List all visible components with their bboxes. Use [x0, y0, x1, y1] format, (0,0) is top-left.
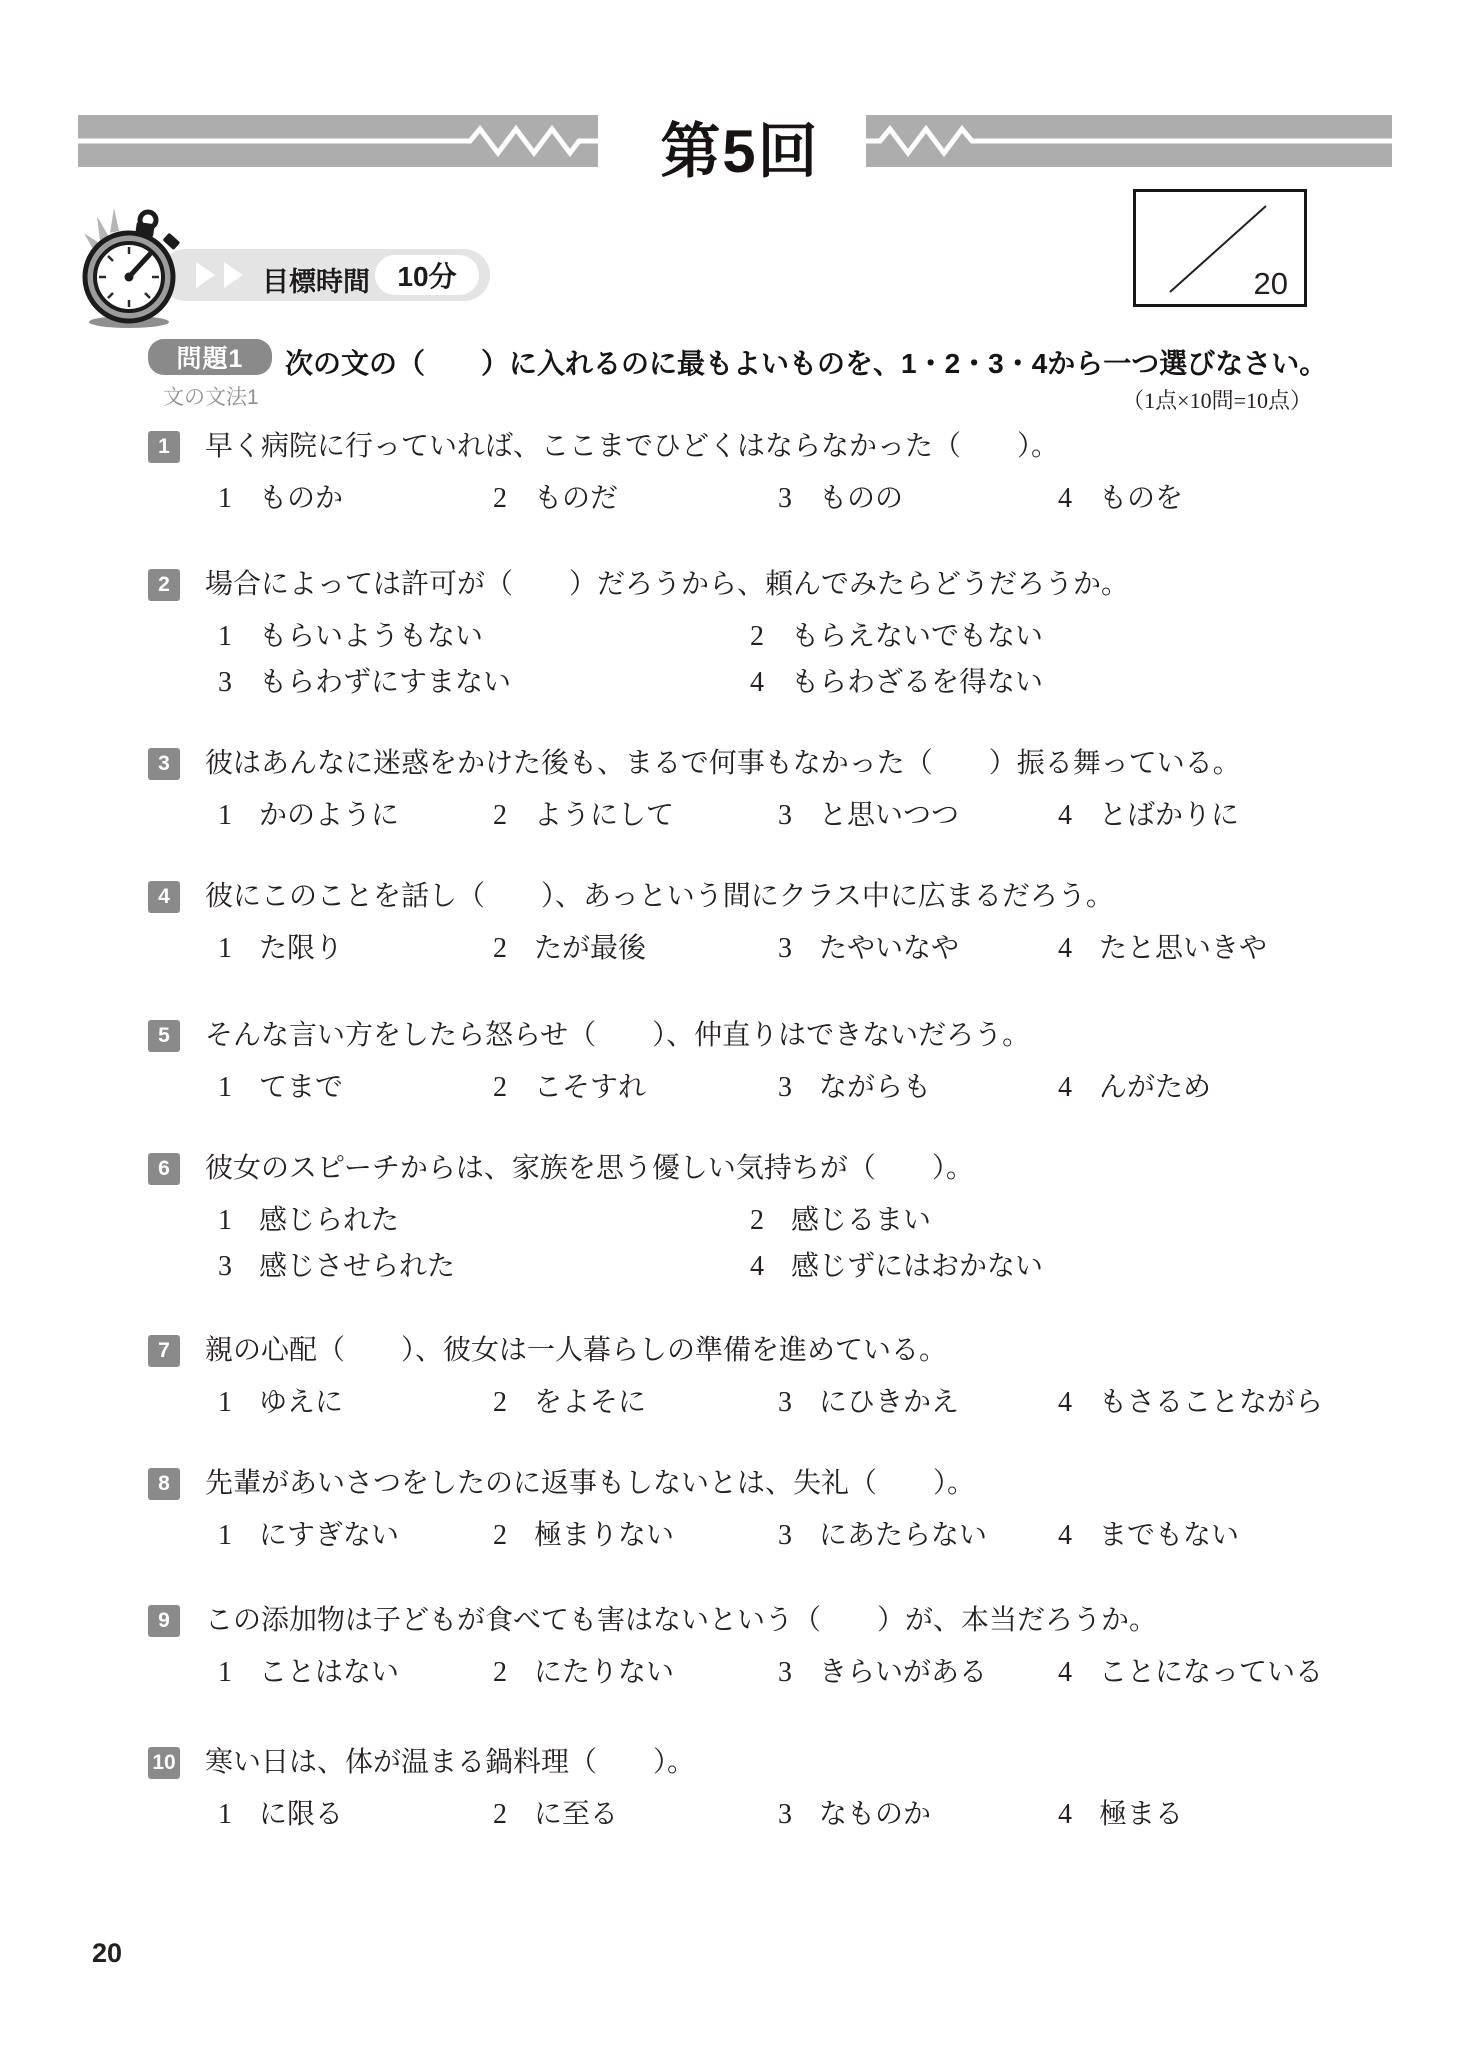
option-number: 1: [218, 1072, 232, 1104]
question-stem: 早く病院に行っていれば、ここまでひどくはならなかった（ ）。: [205, 430, 1059, 464]
option-number: 2: [493, 1520, 507, 1552]
option-2: 2極まりない: [493, 1513, 674, 1553]
option-text: てまで: [259, 1072, 343, 1103]
option-2: 2もらえないでもない: [750, 614, 1043, 654]
question-number-badge: 5: [148, 1020, 180, 1052]
option-text: ものか: [259, 483, 343, 514]
option-3: 3ものの: [778, 476, 903, 516]
question-number-badge: 1: [148, 431, 180, 463]
option-2: 2感じるまい: [750, 1198, 931, 1238]
option-text: 感じられた: [259, 1205, 399, 1236]
option-1: 1に限る: [218, 1792, 343, 1832]
option-text: ことはない: [259, 1657, 399, 1688]
option-number: 4: [1058, 1799, 1072, 1831]
option-4: 4ものを: [1058, 476, 1183, 516]
problem-badge: 問題1: [148, 339, 272, 375]
option-4: 4もさることながら: [1058, 1380, 1323, 1420]
option-4: 4感じずにはおかない: [750, 1244, 1043, 1284]
option-1: 1ものか: [218, 476, 343, 516]
option-number: 2: [493, 1387, 507, 1419]
option-text: たが最後: [534, 933, 646, 964]
option-text: 感じるまい: [791, 1205, 931, 1236]
option-text: こそすれ: [534, 1072, 646, 1103]
option-1: 1にすぎない: [218, 1513, 399, 1553]
question-stem: 彼女のスピーチからは、家族を思う優しい気持ちが（ ）。: [205, 1152, 974, 1186]
option-number: 4: [1058, 800, 1072, 832]
option-3: 3にあたらない: [778, 1513, 987, 1553]
option-text: に至る: [534, 1799, 618, 1830]
option-1: 1感じられた: [218, 1198, 399, 1238]
target-time-label: 目標時間: [262, 260, 370, 299]
question-block: 6 彼女のスピーチからは、家族を思う優しい気持ちが（ ）。 1感じられた2感じる…: [148, 1152, 1408, 1292]
score-max: 20: [1254, 266, 1288, 302]
option-text: にすぎない: [259, 1520, 399, 1551]
question-number-badge: 10: [148, 1747, 180, 1779]
option-text: 極まりない: [534, 1520, 674, 1551]
option-3: 3と思いつつ: [778, 793, 959, 833]
option-number: 3: [778, 1387, 792, 1419]
option-number: 1: [218, 933, 232, 965]
option-text: 感じさせられた: [259, 1251, 455, 1282]
option-1: 1た限り: [218, 926, 343, 966]
option-text: ものの: [819, 483, 903, 514]
option-number: 2: [493, 1799, 507, 1831]
option-text: に限る: [259, 1799, 343, 1830]
option-text: にあたらない: [819, 1520, 987, 1551]
header-rule-right: [866, 115, 1392, 167]
header-rule-left: [78, 115, 598, 167]
question-stem: 彼にこのことを話し（ ）、あっという間にクラス中に広まるだろう。: [205, 880, 1114, 914]
option-number: 2: [750, 621, 764, 653]
question-number-badge: 4: [148, 881, 180, 913]
option-number: 3: [778, 1072, 792, 1104]
option-2: 2こそすれ: [493, 1065, 646, 1105]
question-number-badge: 7: [148, 1335, 180, 1367]
option-number: 1: [218, 1520, 232, 1552]
score-box: 20: [1133, 189, 1307, 307]
question-number-badge: 8: [148, 1468, 180, 1500]
option-text: 感じずにはおかない: [791, 1251, 1043, 1282]
option-text: なものか: [819, 1799, 931, 1830]
option-text: たやいなや: [819, 933, 959, 964]
option-number: 4: [1058, 483, 1072, 515]
option-number: 3: [778, 1799, 792, 1831]
problem-category: 文の文法1: [163, 381, 259, 411]
option-2: 2をよそに: [493, 1380, 646, 1420]
page-number: 20: [92, 1938, 122, 1969]
option-number: 1: [218, 483, 232, 515]
option-number: 4: [1058, 933, 1072, 965]
option-text: ことになっている: [1099, 1657, 1323, 1688]
option-text: もらわずにすまない: [259, 667, 511, 698]
question-block: 7 親の心配（ ）、彼女は一人暮らしの準備を進めている。 1ゆえに2をよそに3に…: [148, 1334, 1408, 1474]
target-time-banner: 目標時間 10分: [160, 249, 490, 301]
option-text: た限り: [259, 933, 343, 964]
question-block: 10 寒い日は、体が温まる鍋料理（ ）。 1に限る2に至る3なものか4極まる: [148, 1746, 1408, 1886]
option-2: 2に至る: [493, 1792, 618, 1832]
option-number: 3: [778, 800, 792, 832]
option-number: 2: [750, 1205, 764, 1237]
option-number: 4: [1058, 1387, 1072, 1419]
chevron-right-icon: [196, 262, 215, 288]
question-stem: そんな言い方をしたら怒らせ（ ）、仲直りはできないだろう。: [205, 1019, 1030, 1053]
option-text: もらいようもない: [259, 621, 483, 652]
option-number: 1: [218, 800, 232, 832]
option-4: 4ことになっている: [1058, 1650, 1323, 1690]
question-block: 2 場合によっては許可が（ ）だろうから、頼んでみたらどうだろうか。 1もらいよ…: [148, 568, 1408, 708]
option-number: 3: [218, 667, 232, 699]
option-text: ものを: [1099, 483, 1183, 514]
question-number-badge: 2: [148, 569, 180, 601]
option-1: 1てまで: [218, 1065, 343, 1105]
option-number: 2: [493, 1072, 507, 1104]
option-text: とばかりに: [1099, 800, 1239, 831]
question-stem: 先輩があいさつをしたのに返事もしないとは、失礼（ ）。: [205, 1467, 975, 1501]
zigzag-rule-icon: [866, 115, 1392, 167]
option-1: 1ことはない: [218, 1650, 399, 1690]
option-text: もらえないでもない: [791, 621, 1043, 652]
option-3: 3ながらも: [778, 1065, 931, 1105]
question-stem: 彼はあんなに迷惑をかけた後も、まるで何事もなかった（ ）振る舞っている。: [205, 747, 1241, 781]
option-text: もさることながら: [1099, 1387, 1323, 1418]
option-2: 2にたりない: [493, 1650, 674, 1690]
option-text: たと思いきや: [1099, 933, 1267, 964]
stopwatch-icon: [70, 203, 188, 334]
target-time-value: 10分: [397, 255, 456, 295]
problem-instruction: 次の文の（ ）に入れるのに最もよいものを、1・2・3・4から一つ選びなさい。: [285, 342, 1327, 382]
option-number: 2: [493, 933, 507, 965]
option-text: までもない: [1099, 1520, 1239, 1551]
question-stem: 寒い日は、体が温まる鍋料理（ ）。: [205, 1746, 695, 1780]
option-number: 3: [778, 1520, 792, 1552]
option-number: 1: [218, 621, 232, 653]
question-stem: 場合によっては許可が（ ）だろうから、頼んでみたらどうだろうか。: [205, 568, 1129, 602]
option-3: 3たやいなや: [778, 926, 959, 966]
option-text: もらわざるを得ない: [791, 667, 1043, 698]
option-3: 3きらいがある: [778, 1650, 987, 1690]
page-title: 第5回: [600, 104, 880, 190]
question-stem: この添加物は子どもが食べても害はないという（ ）が、本当だろうか。: [205, 1604, 1157, 1638]
question-number-badge: 6: [148, 1153, 180, 1185]
option-number: 1: [218, 1799, 232, 1831]
option-text: 極まる: [1099, 1799, 1183, 1830]
question-block: 4 彼にこのことを話し（ ）、あっという間にクラス中に広まるだろう。 1た限り2…: [148, 880, 1408, 1020]
option-number: 3: [778, 933, 792, 965]
question-number-badge: 9: [148, 1605, 180, 1637]
points-note: （1点×10問=10点）: [1122, 384, 1312, 415]
question-block: 9 この添加物は子どもが食べても害はないという（ ）が、本当だろうか。 1ことは…: [148, 1604, 1408, 1744]
zigzag-rule-icon: [78, 115, 598, 167]
option-text: ながらも: [819, 1072, 931, 1103]
option-number: 2: [493, 483, 507, 515]
option-number: 2: [493, 1657, 507, 1689]
option-number: 4: [1058, 1657, 1072, 1689]
option-text: ものだ: [534, 483, 618, 514]
option-4: 4たと思いきや: [1058, 926, 1267, 966]
option-3: 3もらわずにすまない: [218, 660, 511, 700]
option-1: 1もらいようもない: [218, 614, 483, 654]
option-4: 4んがため: [1058, 1065, 1211, 1105]
option-text: きらいがある: [819, 1657, 987, 1688]
option-number: 3: [218, 1251, 232, 1283]
option-number: 1: [218, 1387, 232, 1419]
option-text: にひきかえ: [819, 1387, 959, 1418]
option-4: 4までもない: [1058, 1513, 1239, 1553]
option-number: 1: [218, 1205, 232, 1237]
option-number: 2: [493, 800, 507, 832]
option-3: 3なものか: [778, 1792, 931, 1832]
option-2: 2ようにして: [493, 793, 674, 833]
chevron-right-icon: [224, 262, 243, 288]
question-stem: 親の心配（ ）、彼女は一人暮らしの準備を進めている。: [205, 1334, 947, 1368]
option-2: 2たが最後: [493, 926, 646, 966]
option-number: 3: [778, 483, 792, 515]
option-4: 4極まる: [1058, 1792, 1183, 1832]
option-1: 1かのように: [218, 793, 399, 833]
option-text: をよそに: [534, 1387, 646, 1418]
option-number: 3: [778, 1657, 792, 1689]
option-number: 4: [1058, 1520, 1072, 1552]
question-number-badge: 3: [148, 748, 180, 780]
target-time-value-pill: 10分: [375, 255, 479, 295]
option-number: 4: [1058, 1072, 1072, 1104]
option-4: 4とばかりに: [1058, 793, 1239, 833]
option-text: んがため: [1099, 1072, 1211, 1103]
option-text: にたりない: [534, 1657, 674, 1688]
question-block: 5 そんな言い方をしたら怒らせ（ ）、仲直りはできないだろう。 1てまで2こそす…: [148, 1019, 1408, 1159]
question-block: 3 彼はあんなに迷惑をかけた後も、まるで何事もなかった（ ）振る舞っている。 1…: [148, 747, 1408, 887]
option-3: 3にひきかえ: [778, 1380, 959, 1420]
option-text: かのように: [259, 800, 399, 831]
option-text: ようにして: [534, 800, 674, 831]
option-number: 4: [750, 1251, 764, 1283]
option-1: 1ゆえに: [218, 1380, 343, 1420]
question-block: 1 早く病院に行っていれば、ここまでひどくはならなかった（ ）。 1ものか2もの…: [148, 430, 1408, 570]
option-number: 4: [750, 667, 764, 699]
option-3: 3感じさせられた: [218, 1244, 455, 1284]
option-number: 1: [218, 1657, 232, 1689]
option-2: 2ものだ: [493, 476, 618, 516]
question-block: 8 先輩があいさつをしたのに返事もしないとは、失礼（ ）。 1にすぎない2極まり…: [148, 1467, 1408, 1607]
option-4: 4もらわざるを得ない: [750, 660, 1043, 700]
option-text: ゆえに: [259, 1387, 343, 1418]
option-text: と思いつつ: [819, 800, 959, 831]
